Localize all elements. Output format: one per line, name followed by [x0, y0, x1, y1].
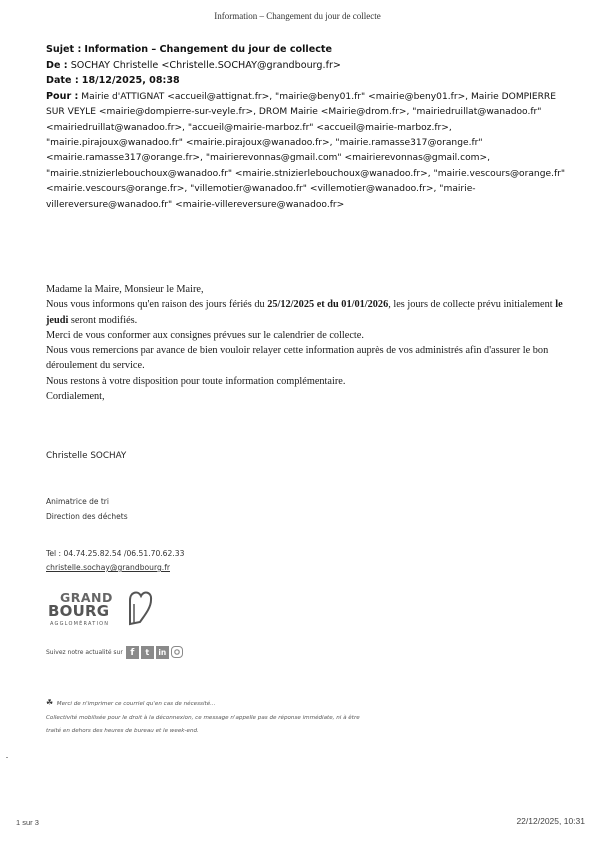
text-fragment: Nous vous informons qu'en raison des jou… [46, 299, 267, 310]
paragraph-availability: Nous restons à votre disposition pour to… [46, 374, 566, 389]
eco-text: Merci de n'imprimer ce courriel qu'en ca… [57, 701, 216, 707]
printer-leaf-icon: ☘ [46, 696, 55, 710]
greeting: Madame la Maire, Monsieur le Maire, [46, 282, 566, 297]
print-timestamp: 22/12/2025, 10:31 [516, 816, 585, 826]
signature-contact: Tel : 04.74.25.82.54 /06.51.70.62.33 chr… [46, 547, 184, 575]
closing: Cordialement, [46, 389, 566, 404]
instagram-icon[interactable] [171, 646, 183, 658]
text-fragment: , les jours de collecte prévu initialeme… [388, 299, 555, 310]
facebook-icon[interactable]: f [126, 646, 139, 659]
eco-notice: ☘ Merci de n'imprimer ce courriel qu'en … [46, 696, 366, 739]
page-header: Information – Changement du jour de coll… [0, 11, 595, 21]
signature-phone: Tel : 04.74.25.82.54 /06.51.70.62.33 [46, 547, 184, 561]
email-body: Madame la Maire, Monsieur le Maire, Nous… [46, 282, 566, 404]
date-value: 18/12/2025, 08:38 [82, 75, 180, 86]
logo-heart-icon [124, 590, 154, 626]
paragraph-instructions: Merci de vous conformer aux consignes pr… [46, 328, 566, 343]
date-label: Date : [46, 75, 79, 86]
signature-email-link[interactable]: christelle.sochay@grandbourg.fr [46, 561, 184, 575]
to-label: Pour : [46, 91, 78, 102]
paragraph-holidays: Nous vous informons qu'en raison des jou… [46, 297, 566, 328]
signature-department: Direction des déchets [46, 509, 128, 524]
subject-label: Sujet : [46, 44, 81, 55]
text-fragment: seront modifiés. [68, 315, 137, 326]
grand-bourg-logo: GRAND BOURG AGGLOMÉRATION [48, 590, 158, 630]
paragraph-thanks: Nous vous remercions par avance de bien … [46, 343, 566, 374]
from-label: De : [46, 60, 68, 71]
eco-line-3: traité en dehors des heures de bureau et… [46, 725, 366, 739]
signature-name: Christelle SOCHAY [46, 451, 126, 461]
eco-line-2: Collectivité mobilisée pour le droit à l… [46, 712, 366, 726]
email-headers: Sujet : Information – Changement du jour… [46, 42, 566, 213]
page-number: 1 sur 3 [16, 818, 39, 827]
twitter-icon[interactable]: t [141, 646, 154, 659]
holiday-dates: 25/12/2025 et du 01/01/2026 [267, 299, 388, 310]
subject-row: Sujet : Information – Changement du jour… [46, 42, 566, 58]
social-text: Suivez notre actualité sur [46, 649, 123, 656]
from-value: SOCHAY Christelle <Christelle.SOCHAY@gra… [71, 60, 341, 71]
signature-role: Animatrice de tri [46, 494, 128, 509]
social-icons: f t in [126, 646, 183, 659]
signature-role-block: Animatrice de tri Direction des déchets [46, 494, 128, 524]
to-row: Pour : Mairie d'ATTIGNAT <accueil@attign… [46, 89, 566, 213]
eco-line-1: ☘ Merci de n'imprimer ce courriel qu'en … [46, 696, 366, 712]
margin-mark [6, 757, 8, 758]
linkedin-icon[interactable]: in [156, 646, 169, 659]
from-row: De : SOCHAY Christelle <Christelle.SOCHA… [46, 58, 566, 74]
to-value: Mairie d'ATTIGNAT <accueil@attignat.fr>,… [46, 92, 565, 210]
social-links: Suivez notre actualité sur f t in [46, 646, 183, 659]
date-row: Date : 18/12/2025, 08:38 [46, 73, 566, 89]
logo-text-agglomeration: AGGLOMÉRATION [50, 621, 109, 627]
logo-text-bourg: BOURG [48, 602, 109, 620]
subject-value: Information – Changement du jour de coll… [84, 44, 332, 55]
